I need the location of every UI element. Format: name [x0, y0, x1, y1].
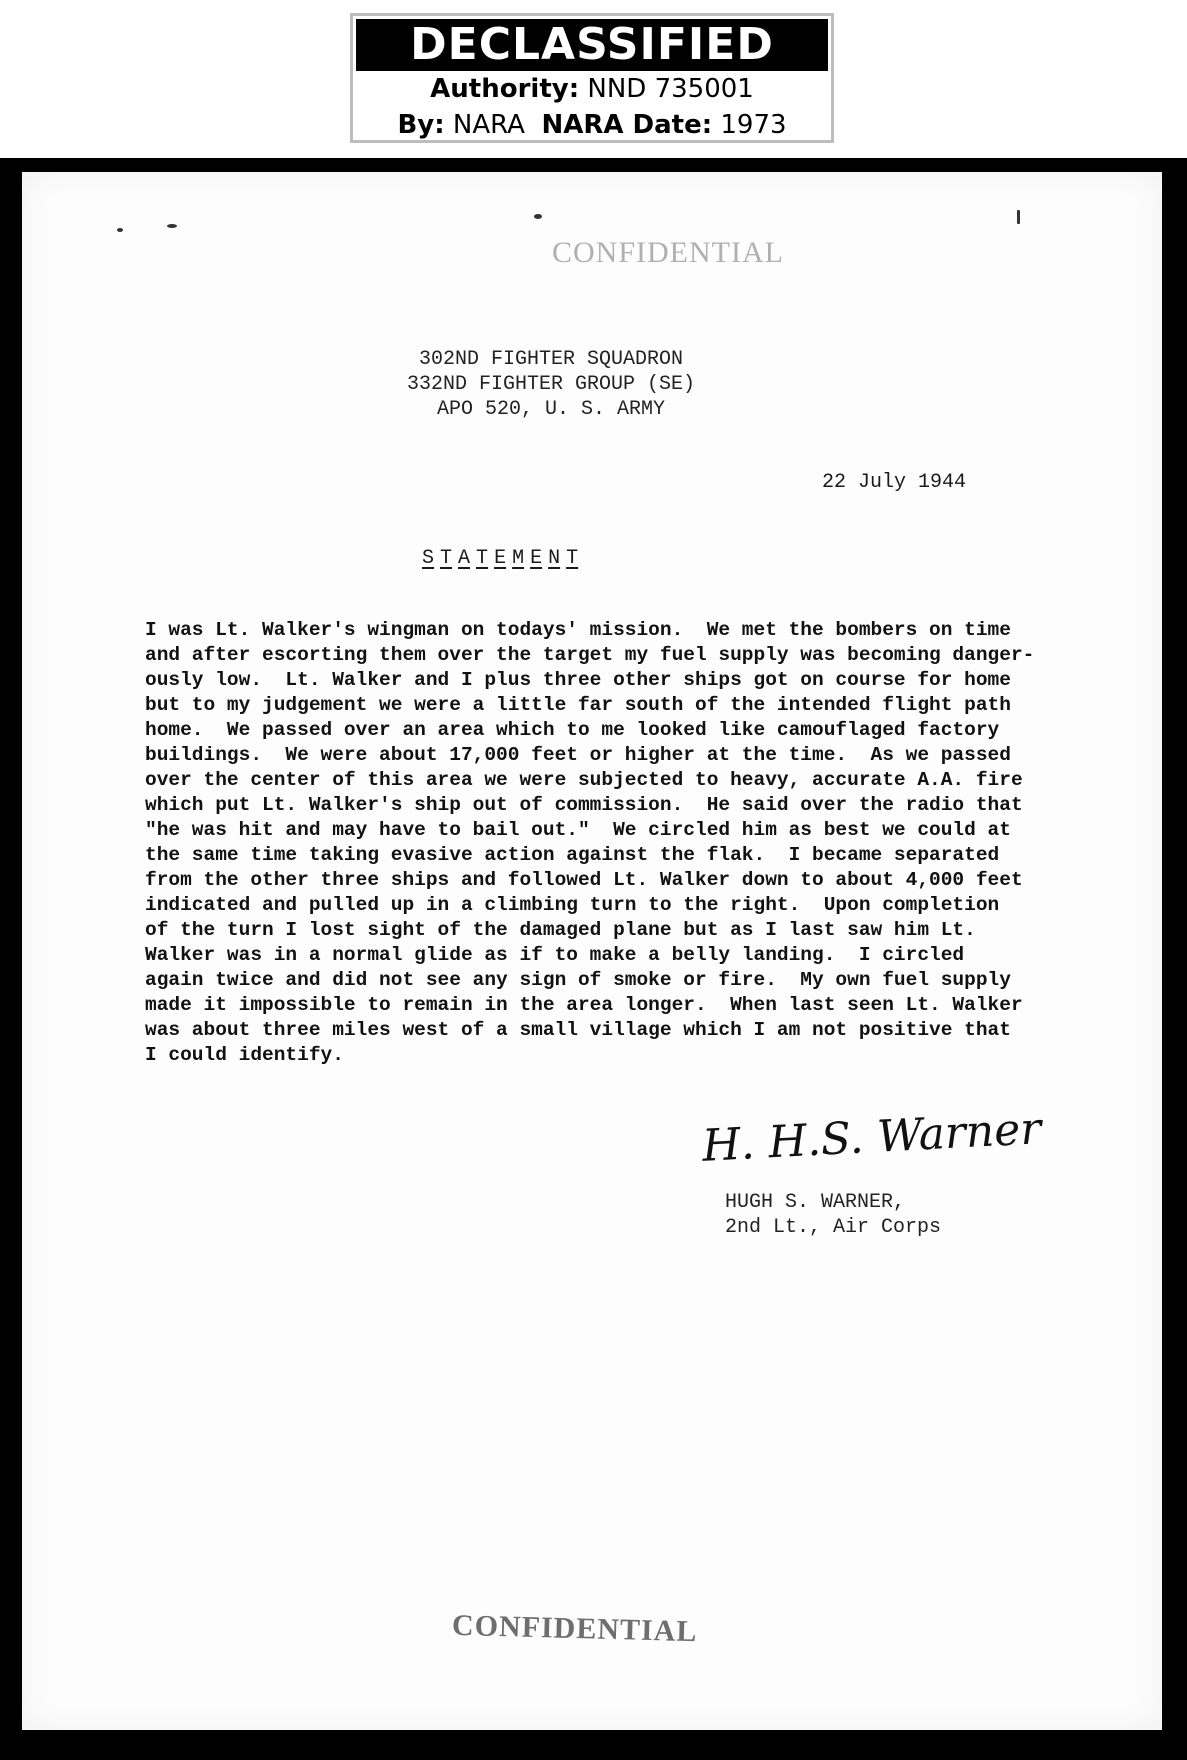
body-line: of the turn I lost sight of the damaged …	[145, 918, 1034, 943]
body-line: from the other three ships and followed …	[145, 868, 1034, 893]
body-line: over the center of this area we were sub…	[145, 768, 1034, 793]
statement-body: I was Lt. Walker's wingman on todays' mi…	[145, 618, 1034, 1068]
declassified-heading: DECLASSIFIED	[356, 19, 828, 71]
title-letter: E	[494, 547, 506, 570]
title-letter: E	[530, 547, 542, 570]
date-value: 1973	[720, 110, 786, 140]
signer-name: HUGH S. WARNER,	[725, 1190, 941, 1215]
body-line: home. We passed over an area which to me…	[145, 718, 1034, 743]
body-line: I was Lt. Walker's wingman on todays' mi…	[145, 618, 1034, 643]
document-title: STATEMENT	[422, 546, 584, 571]
body-line: and after escorting them over the target…	[145, 643, 1034, 668]
body-line: was about three miles west of a small vi…	[145, 1018, 1034, 1043]
by-value: NARA	[453, 110, 525, 140]
by-line: By: NARA NARA Date: 1973	[353, 107, 831, 143]
letterhead-line-2: 332ND FIGHTER GROUP (SE)	[407, 372, 695, 397]
document-date: 22 July 1944	[822, 470, 966, 495]
letterhead-line-3: APO 520, U. S. ARMY	[407, 397, 695, 422]
body-line: made it impossible to remain in the area…	[145, 993, 1034, 1018]
body-line: "he was hit and may have to bail out." W…	[145, 818, 1034, 843]
body-line: Walker was in a normal glide as if to ma…	[145, 943, 1034, 968]
title-letter: T	[476, 547, 488, 570]
title-letter: T	[440, 547, 452, 570]
signature-block: HUGH S. WARNER,2nd Lt., Air Corps	[725, 1190, 941, 1240]
signer-rank: 2nd Lt., Air Corps	[725, 1215, 941, 1240]
body-line: which put Lt. Walker's ship out of commi…	[145, 793, 1034, 818]
body-line: I could identify.	[145, 1043, 1034, 1068]
date-label: NARA Date:	[541, 110, 712, 140]
declassification-stamp: DECLASSIFIED Authority: NND 735001 By: N…	[350, 13, 834, 143]
body-line: buildings. We were about 17,000 feet or …	[145, 743, 1034, 768]
letterhead-line-1: 302ND FIGHTER SQUADRON	[407, 347, 695, 372]
body-line: ously low. Lt. Walker and I plus three o…	[145, 668, 1034, 693]
body-line: but to my judgement we were a little far…	[145, 693, 1034, 718]
confidential-mark-top: CONFIDENTIAL	[552, 236, 784, 270]
confidential-mark-bottom: CONFIDENTIAL	[452, 1609, 698, 1649]
handwritten-signature: H. H.S. Warner	[701, 1103, 1043, 1172]
authority-line: Authority: NND 735001	[353, 71, 831, 107]
body-line: the same time taking evasive action agai…	[145, 843, 1034, 868]
document-page: CONFIDENTIAL 302ND FIGHTER SQUADRON332ND…	[22, 172, 1162, 1730]
authority-label: Authority:	[430, 74, 579, 104]
letterhead: 302ND FIGHTER SQUADRON332ND FIGHTER GROU…	[407, 347, 695, 422]
title-letter: M	[512, 547, 524, 570]
body-line: again twice and did not see any sign of …	[145, 968, 1034, 993]
title-letter: N	[548, 547, 560, 570]
title-letter: T	[566, 547, 578, 570]
by-label: By:	[397, 110, 444, 140]
body-line: indicated and pulled up in a climbing tu…	[145, 893, 1034, 918]
title-letter: A	[458, 547, 470, 570]
authority-value: NND 735001	[587, 74, 753, 104]
title-letter: S	[422, 547, 434, 570]
